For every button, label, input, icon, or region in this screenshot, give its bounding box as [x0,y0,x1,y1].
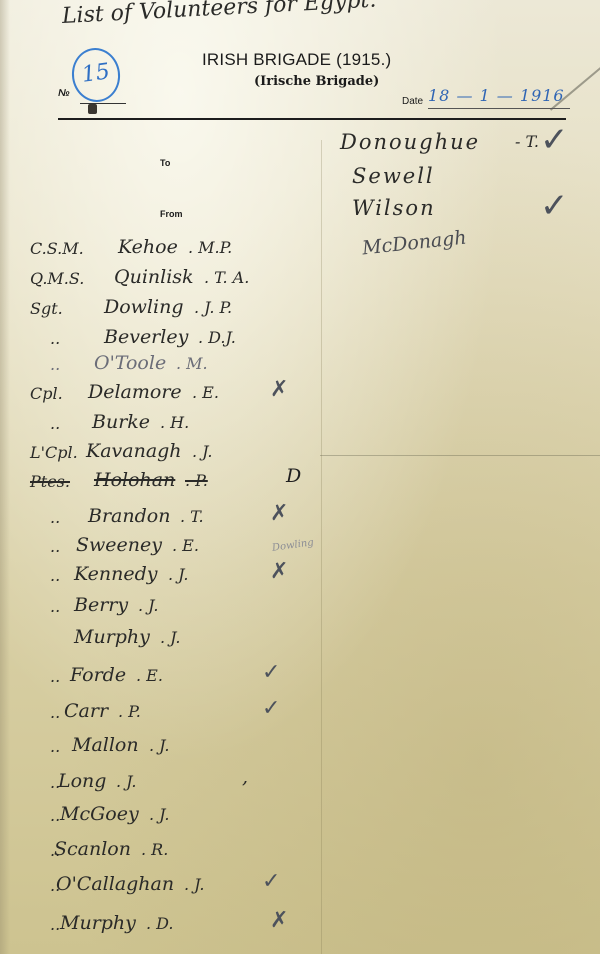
volunteer-name: Kennedy [74,563,158,585]
paper-edge-shadow [0,0,10,954]
circled-document-number: 15 [68,45,123,105]
volunteer-name: McGoey [60,803,139,825]
volunteer-name: Forde [70,664,126,686]
to-list-name: Wilson [352,196,436,220]
cross-mark-icon: ✗ [270,559,288,584]
volunteer-rank: L'Cpl. [30,443,78,462]
margin-mark: D [286,465,301,487]
volunteer-rank: Q.M.S. [30,269,84,288]
volunteer-initials: . P. [185,471,208,490]
volunteer-initials: . D. [146,914,174,933]
number-label: № [58,88,69,99]
volunteer-initials: . P. [118,702,141,721]
volunteer-name: O'Toole [94,352,166,374]
check-mark-icon: ✓ [540,120,569,160]
volunteer-name: Mallon [72,734,139,756]
volunteer-rank: .. [50,806,60,825]
volunteer-initials: . J. [192,442,212,461]
volunteer-initials: . R. [141,840,168,859]
volunteer-name: Sweeney [76,534,162,556]
volunteer-rank: .. [50,329,60,348]
volunteer-initials: . T. [180,507,204,526]
cross-mark-icon: ✗ [270,377,288,402]
volunteer-rank: .. [50,667,60,686]
volunteer-initials: . T. A. [204,268,249,287]
volunteer-initials: . E. [136,666,163,685]
from-label: From [160,209,183,219]
volunteer-rank: Cpl. [30,384,63,403]
volunteer-initials: . J. [160,628,180,647]
volunteer-initials: . J. [116,772,136,791]
volunteer-name: Beverley [104,326,188,348]
volunteer-rank: .. [50,703,60,722]
volunteer-name: Delamore [88,381,182,403]
volunteer-rank: C.S.M. [30,239,84,258]
header-rule [58,118,566,120]
handwritten-title: List of Volunteers for Egypt. [61,0,377,29]
to-list-name: Sewell [352,164,435,188]
to-list-initials: - T. [515,132,539,151]
volunteer-name: O'Callaghan [56,873,174,895]
volunteer-rank: .. [50,414,60,433]
volunteer-name: Burke [92,411,150,433]
to-label: To [160,158,170,168]
check-mark-icon: ✓ [262,869,280,894]
volunteer-initials: . D.J. [198,328,236,347]
volunteer-name: Scanlon [54,838,131,860]
volunteer-name: Kavanagh [86,440,182,462]
volunteer-name: Murphy [74,626,150,648]
margin-mark: , [242,766,248,788]
volunteer-initials: . J. [138,596,158,615]
volunteer-initials: . J. [184,875,204,894]
volunteer-initials: . M.P. [188,238,232,257]
volunteer-name: Murphy [60,912,136,934]
volunteer-name: Brandon [88,505,170,527]
volunteer-name: Dowling [104,296,184,318]
volunteer-rank: .. [50,597,60,616]
check-mark-icon: ✓ [540,186,569,226]
volunteer-initials: . J. [168,565,188,584]
volunteer-initials: . J. P. [194,298,232,317]
volunteer-rank: .. [50,355,60,374]
check-mark-icon: ✓ [262,696,280,721]
check-mark-icon: ✓ [262,660,280,685]
volunteer-initials: . H. [160,413,189,432]
to-list-name: Donoughue [340,130,480,154]
number-underline [80,103,126,104]
punch-hole [88,104,97,114]
document-page: List of Volunteers for Egypt. 15 № IRISH… [0,0,600,954]
volunteer-rank: .. [50,508,60,527]
volunteer-name: Long [58,770,106,792]
paper-fold-horizontal [320,455,600,456]
pencil-note: Dowling [271,537,314,554]
date-value: 18 — 1 — 1916 [428,86,565,105]
cross-mark-icon: ✗ [270,908,288,933]
volunteer-initials: . M. [176,354,208,373]
cross-mark-icon: ✗ [270,501,288,526]
letterhead-subtitle: (Irische Brigade) [254,74,379,89]
volunteer-rank: Ptes. [30,472,70,491]
date-label: Date [402,96,423,107]
volunteer-name: Quinlisk [114,266,194,288]
paper-fold-vertical [321,140,322,954]
volunteer-rank: .. [50,566,60,585]
volunteer-initials: . E. [172,536,199,555]
volunteer-rank: .. [50,737,60,756]
to-list-name: McDonagh [361,227,467,260]
volunteer-rank: .. [50,915,60,934]
volunteer-initials: . E. [192,383,219,402]
volunteer-name: Holohan [94,469,175,491]
volunteer-name: Berry [74,594,128,616]
letterhead-title: IRISH BRIGADE (1915.) [202,50,391,70]
volunteer-rank: .. [50,537,60,556]
volunteer-rank: Sgt. [30,299,63,318]
volunteer-initials: . J. [149,805,169,824]
volunteer-name: Carr [64,700,108,722]
volunteer-initials: . J. [149,736,169,755]
date-underline [428,108,570,109]
volunteer-name: Kehoe [118,236,178,258]
